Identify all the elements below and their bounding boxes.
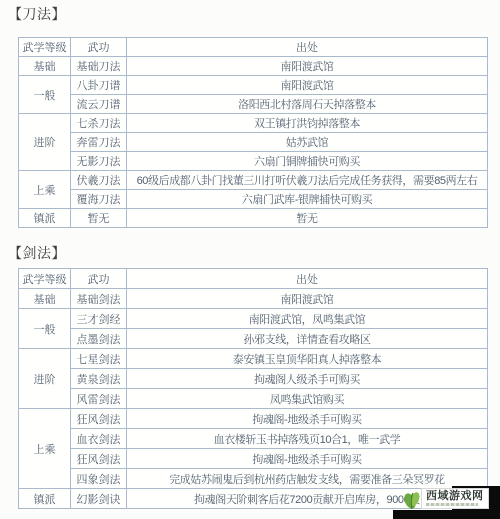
source-cell: 六扇门铜牌捕快可购买 — [127, 152, 488, 171]
table-row: 流云刀谱洛阳西北村落周石天掉落整本 — [19, 95, 488, 114]
table-row: 基础基础刀法南阳渡武馆 — [19, 57, 488, 76]
column-header-0: 武学等级 — [19, 38, 71, 57]
skill-cell: 狂风剑法 — [71, 409, 127, 429]
source-cell: 完成姑苏闹鬼后到杭州药店触发支线，需要准备三朵冥罗花 — [127, 469, 488, 489]
sword-skills-table: 武学等级武功出处基础基础剑法南阳渡武馆一般三才剑经南阳渡武馆，凤鸣集武馆点墨剑法… — [18, 268, 488, 509]
source-cell: 拘魂阁-地级杀手可购买 — [127, 409, 488, 429]
skill-cell: 狂风剑法 — [71, 449, 127, 469]
source-cell: 血衣楼斩玉书掉落残页10合1，唯一武学 — [127, 429, 488, 449]
column-header-1: 武功 — [71, 269, 127, 289]
skill-cell: 伏羲刀法 — [71, 171, 127, 190]
level-cell: 进阶 — [19, 349, 71, 409]
sword-section-title: 【剑法】 — [8, 243, 66, 263]
level-cell: 上乘 — [19, 409, 71, 489]
column-header-2: 出处 — [127, 269, 488, 289]
level-cell: 镇派 — [19, 489, 71, 509]
table-row: 血衣剑法血衣楼斩玉书掉落残页10合1，唯一武学 — [19, 429, 488, 449]
table-row: 一般八卦刀谱南阳渡武馆 — [19, 76, 488, 95]
level-cell: 一般 — [19, 76, 71, 114]
skill-cell: 点墨剑法 — [71, 329, 127, 349]
source-cell: 凤鸣集武馆购买 — [127, 389, 488, 409]
table-row: 上乘狂风剑法拘魂阁-地级杀手可购买 — [19, 409, 488, 429]
skill-cell: 血衣剑法 — [71, 429, 127, 449]
level-cell: 镇派 — [19, 209, 71, 228]
source-cell: 暂无 — [127, 209, 488, 228]
table-row: 奔雷刀法姑苏武馆 — [19, 133, 488, 152]
source-cell: 洛阳西北村落周石天掉落整本 — [127, 95, 488, 114]
source-cell: 南阳渡武馆 — [127, 57, 488, 76]
table-row: 点墨剑法孙邪支线，详情查看攻略区 — [19, 329, 488, 349]
leaf-logo-icon — [402, 489, 423, 511]
source-cell: 姑苏武馆 — [127, 133, 488, 152]
blade-section-title: 【刀法】 — [8, 4, 66, 24]
level-cell: 一般 — [19, 309, 71, 349]
table-row: 上乘伏羲刀法60级后成都八卦门找董三川打听伏羲刀法后完成任务获得，需要85两左右 — [19, 171, 488, 190]
source-cell: 孙邪支线，详情查看攻略区 — [127, 329, 488, 349]
table-row: 四象剑法完成姑苏闹鬼后到杭州药店触发支线，需要准备三朵冥罗花 — [19, 469, 488, 489]
source-cell: 六扇门武库-银牌捕快可购买 — [127, 190, 488, 209]
table-row: 镇派暂无暂无 — [19, 209, 488, 228]
table-row: 基础基础剑法南阳渡武馆 — [19, 289, 488, 309]
skill-cell: 风雷剑法 — [71, 389, 127, 409]
watermark: 西域游戏网 — [402, 488, 489, 511]
skill-cell: 七星剑法 — [71, 349, 127, 369]
source-cell: 南阳渡武馆 — [127, 289, 488, 309]
source-cell: 拘魂阁-地级杀手可购买 — [127, 449, 488, 469]
blade-skills-table: 武学等级武功出处基础基础刀法南阳渡武馆一般八卦刀谱南阳渡武馆流云刀谱洛阳西北村落… — [18, 37, 488, 228]
table-row: 无影刀法六扇门铜牌捕快可购买 — [19, 152, 488, 171]
table-row: 黄泉剑法拘魂阁人级杀手可购买 — [19, 369, 488, 389]
level-cell: 上乘 — [19, 171, 71, 209]
skill-cell: 四象剑法 — [71, 469, 127, 489]
skill-cell: 基础剑法 — [71, 289, 127, 309]
level-cell: 基础 — [19, 289, 71, 309]
skill-cell: 三才剑经 — [71, 309, 127, 329]
table-row: 进阶七星剑法泰安镇玉皇顶华阳真人掉落整本 — [19, 349, 488, 369]
source-cell: 泰安镇玉皇顶华阳真人掉落整本 — [127, 349, 488, 369]
table-row: 一般三才剑经南阳渡武馆，凤鸣集武馆 — [19, 309, 488, 329]
skill-cell: 基础刀法 — [71, 57, 127, 76]
skill-cell: 幻影剑诀 — [71, 489, 127, 509]
column-header-2: 出处 — [127, 38, 488, 57]
header-row: 武学等级武功出处 — [19, 38, 488, 57]
table-row: 狂风剑法拘魂阁-地级杀手可购买 — [19, 449, 488, 469]
watermark-site-name: 西域游戏网 — [426, 490, 484, 502]
watermark-box: 西域游戏网 — [421, 488, 489, 509]
table-row: 风雷剑法凤鸣集武馆购买 — [19, 389, 488, 409]
skill-cell: 黄泉剑法 — [71, 369, 127, 389]
level-cell: 进阶 — [19, 114, 71, 171]
skill-cell: 奔雷刀法 — [71, 133, 127, 152]
watermark-url-line — [426, 503, 478, 506]
skill-cell: 七杀刀法 — [71, 114, 127, 133]
skill-cell: 覆海刀法 — [71, 190, 127, 209]
source-cell: 双王镇打洪钧掉落整本 — [127, 114, 488, 133]
skill-cell: 无影刀法 — [71, 152, 127, 171]
source-cell: 拘魂阁人级杀手可购买 — [127, 369, 488, 389]
header-row: 武学等级武功出处 — [19, 269, 488, 289]
column-header-1: 武功 — [71, 38, 127, 57]
table-row: 覆海刀法六扇门武库-银牌捕快可购买 — [19, 190, 488, 209]
source-cell: 南阳渡武馆 — [127, 76, 488, 95]
source-cell: 南阳渡武馆，凤鸣集武馆 — [127, 309, 488, 329]
level-cell: 基础 — [19, 57, 71, 76]
skill-cell: 流云刀谱 — [71, 95, 127, 114]
skill-cell: 暂无 — [71, 209, 127, 228]
column-header-0: 武学等级 — [19, 269, 71, 289]
table-row: 进阶七杀刀法双王镇打洪钧掉落整本 — [19, 114, 488, 133]
source-cell: 60级后成都八卦门找董三川打听伏羲刀法后完成任务获得，需要85两左右 — [127, 171, 488, 190]
skill-cell: 八卦刀谱 — [71, 76, 127, 95]
